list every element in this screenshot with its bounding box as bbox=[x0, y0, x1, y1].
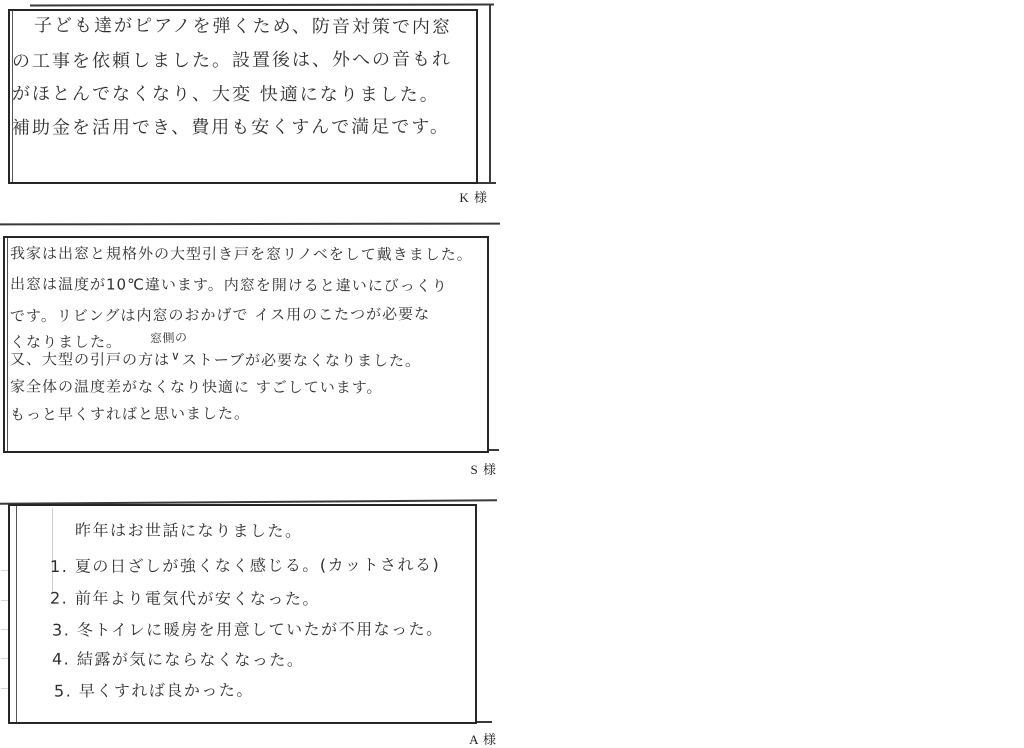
handwritten-line: です。リビングは内窓のおかげで イス用のこたつが必要な bbox=[10, 305, 430, 326]
handwritten-line: 出窓は温度が10℃違います。内窓を開けると違いにびっくり bbox=[10, 275, 448, 296]
handwritten-line-suffix: ストーブが必要なくなりました。 bbox=[182, 351, 421, 370]
attribution-label: A 様 bbox=[417, 729, 497, 748]
insertion-note: 窓側の bbox=[150, 328, 188, 346]
handwritten-list-item: 5. 早くすれば良かった。 bbox=[54, 680, 254, 701]
testimonial-box: 我家は出窓と規格外の大型引き戸を窓リノベをして戴きました。 出窓は温度が10℃違… bbox=[3, 236, 489, 453]
box-inner-rule bbox=[16, 506, 17, 722]
scan-edge-line bbox=[478, 182, 496, 184]
handwritten-list-item: 1. 夏の日ざしが強くなく感じる。(カットされる) bbox=[50, 555, 440, 577]
handwritten-line: 家全体の温度差がなくなり快適に すごしています。 bbox=[10, 378, 383, 398]
attribution-label: S 様 bbox=[417, 459, 497, 478]
testimonial-panel-a: 昨年はお世話になりました。 1. 夏の日ざしが強くなく感じる。(カットされる) … bbox=[0, 490, 512, 748]
scan-edge-line bbox=[477, 721, 492, 723]
handwritten-line: 子ども達がピアノを弾くため、防音対策で内窓 bbox=[34, 15, 452, 39]
handwritten-line: 又、大型の引戸の方は∨ストーブが必要なくなりました。 bbox=[10, 350, 421, 371]
testimonial-box: 昨年はお世話になりました。 1. 夏の日ざしが強くなく感じる。(カットされる) … bbox=[8, 504, 477, 724]
handwritten-line-prefix: 又、大型の引戸の方は bbox=[10, 350, 170, 369]
handwritten-heading: 昨年はお世話になりました。 bbox=[75, 521, 303, 542]
column-rule bbox=[52, 508, 53, 593]
box-inner-rule bbox=[7, 238, 8, 451]
handwritten-line: の工事を依頼しました。設置後は、外への音もれ bbox=[12, 49, 452, 74]
handwritten-line: 補助金を活用でき、費用も安くすんで満足です。 bbox=[12, 116, 450, 140]
attribution-label: K 様 bbox=[408, 187, 488, 206]
scan-edge-line bbox=[30, 4, 494, 7]
testimonial-panel-k: 子ども達がピアノを弾くため、防音対策で内窓 の工事を依頼しました。設置後は、外へ… bbox=[0, 0, 512, 210]
handwritten-list-item: 3. 冬トイレに暖房を用意していたが不用なった。 bbox=[52, 619, 444, 640]
handwritten-line: くなりました。 bbox=[10, 333, 122, 352]
handwritten-line: 我家は出窓と規格外の大型引き戸を窓リノベをして戴きました。 bbox=[10, 244, 473, 264]
testimonial-box: 子ども達がピアノを弾くため、防音対策で内窓 の工事を依頼しました。設置後は、外へ… bbox=[8, 9, 478, 184]
handwritten-line: もっと早くすればと思いました。 bbox=[10, 404, 250, 424]
caret-mark: ∨ bbox=[171, 349, 181, 364]
handwritten-list-item: 2. 前年より電気代が安くなった。 bbox=[50, 589, 320, 610]
handwritten-list-item: 4. 結露が気にならなくなった。 bbox=[52, 649, 304, 670]
page: 子ども達がピアノを弾くため、防音対策で内窓 の工事を依頼しました。設置後は、外へ… bbox=[0, 0, 1024, 748]
scan-edge-line bbox=[489, 5, 491, 184]
handwritten-line: がほとんでなくなり、大変 快適になりました。 bbox=[12, 83, 440, 107]
scan-edge-line bbox=[489, 449, 499, 451]
testimonial-panel-s: 我家は出窓と規格外の大型引き戸を窓リノベをして戴きました。 出窓は温度が10℃違… bbox=[0, 215, 512, 480]
scan-edge-line bbox=[0, 223, 500, 226]
